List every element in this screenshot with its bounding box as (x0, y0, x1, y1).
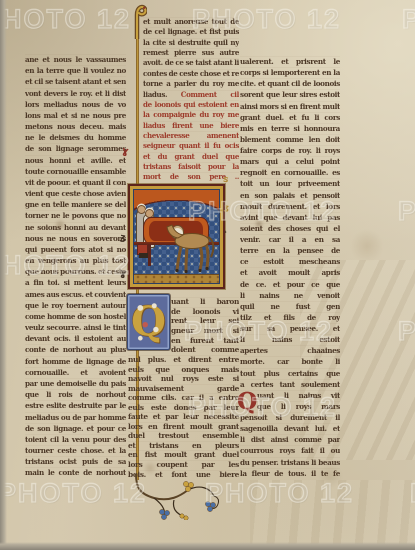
text-line: qui pueent fors atot si no (25, 244, 126, 255)
text-line: avoit. de ce se taist atant li (143, 58, 239, 68)
text-line: seigneur quant il fu ocis (143, 141, 239, 151)
text-line: morte. car bonte li (240, 356, 340, 367)
text-line: ainsi mors si en firent mult (240, 101, 340, 112)
text-line: li nains estoit (240, 334, 340, 345)
text-line: de loonois qui estoient en (143, 100, 239, 110)
text-line: en furent tant (171, 336, 239, 346)
text-line: a fin toi. si mettent leurs (25, 277, 126, 288)
text-line: chevaleresse amenent leur (143, 131, 239, 141)
text-line: euls este dones par leur (128, 403, 239, 413)
text-line: ames aus escus. et couvient (25, 289, 126, 300)
photo-edge-left (0, 0, 7, 550)
ivy-vine-decoration (108, 474, 228, 520)
text-line: vient que ceste chose avien (25, 188, 126, 199)
text-line: li nains ne venoit (240, 290, 340, 301)
text-line: fort homme de lignage de (25, 356, 126, 367)
watermark-text: PHOTO 12 (0, 4, 131, 35)
text-line: courrous roys fait il ou (240, 445, 340, 456)
red-initial-q: Q (237, 390, 254, 413)
text-line: faute et par leur necessite (128, 412, 239, 422)
text-line: mauvaisement garde (128, 384, 239, 394)
text-line: vit de poour. et quant il con (25, 177, 126, 188)
text-line: de son lignage. et pour ce es (25, 423, 126, 434)
text-line: sorent que leur sires estoit (240, 89, 340, 100)
text-line: lons mal et si ne nous pre (25, 110, 126, 121)
text-line: la fleur de tous. il te fe (240, 468, 340, 479)
text-column-right: ualerent. et prisrent lecorps si lemport… (240, 56, 340, 479)
text-line: et avoit moult apris (240, 267, 340, 278)
text-line: meliadus ou de par homme (25, 412, 126, 423)
manuscript-photo: PHOTO 12PHOTO 12PHOTO 12PHOTO 12PHOTO 12… (0, 0, 415, 550)
text-line: contes de ceste chose et re (143, 69, 239, 79)
text-line: apertes chaaines (240, 345, 340, 356)
parchment-wrinkle (250, 480, 415, 550)
text-line: devant ocis. il estoient au (25, 333, 126, 344)
text-segment: liadus. (143, 90, 181, 99)
initial-letter: Q (128, 295, 169, 349)
text-line: quil ne fust gen (240, 301, 340, 312)
text-line: du penser. tristans li beaus (240, 457, 340, 468)
text-line: ne le deismes du homme (25, 132, 126, 143)
text-line: en son palais et pensoit (240, 190, 340, 201)
text-line: nous honni et aville. et (25, 155, 126, 166)
text-line: toient cil la venu pour des (25, 434, 126, 445)
text-line: liadus firent une biere (143, 121, 239, 131)
text-line: veulz secourre. ainsi le tint (25, 322, 126, 333)
text-line: tristans ocist puis de sa (25, 456, 126, 467)
text-line: mis en terre si honnoura (240, 123, 340, 134)
text-line: tourner ceste chose. et la mort (25, 445, 126, 456)
text-line: mars qui a celui point (240, 156, 340, 167)
text-line: sur sa pensee. et (240, 323, 340, 334)
text-line: remest pierre sus autre (143, 48, 239, 58)
text-line: la cite si destruite quil ny (143, 38, 239, 48)
text-line: en vengerons au plus tost (25, 255, 126, 266)
text-line: de cel lignage. et fist puis (143, 27, 239, 37)
text-column-left: ane et nous le vassaumesen la terre que … (25, 54, 126, 479)
text-segment: Comment cil (181, 90, 239, 99)
text-line: regnoit en cornouaille. es (240, 167, 340, 178)
text-line: cite. et quant cil de loonois (240, 78, 340, 89)
text-line: cornouaille. et avoient apris (25, 367, 126, 378)
text-line: estre eslite destruite par le roy (25, 400, 126, 411)
pen-flourish-icon: ɣ (121, 146, 129, 158)
text-line: lors meliadus nous de vo (25, 99, 126, 110)
text-line: de loonois vi (171, 307, 239, 317)
text-line: de son lignage serommes (25, 143, 126, 154)
text-line: euls que onques mais (128, 365, 239, 375)
text-line: gneur mort si (171, 326, 239, 336)
text-line: gne en telle maniere se del (25, 199, 126, 210)
decorated-initial-q: Q (127, 294, 170, 350)
text-line: et tristans en pleurs (128, 441, 239, 451)
text-line: de ce. et pour ce que (240, 279, 340, 290)
pen-flourish-icon: › (223, 228, 227, 236)
pen-flourish-icon: s (222, 175, 229, 186)
text-line: torne a parler du roy me (143, 79, 239, 89)
text-line: que le roy toernent autour (25, 300, 126, 311)
text-line: come homme de son hostel le (25, 311, 126, 322)
text-line: grant duel. et fu li cors (240, 112, 340, 123)
text-line: ualerent. et prisrent le (240, 56, 340, 67)
bier-support (148, 244, 151, 266)
diapered-background (133, 189, 220, 284)
text-line: ce estoit mescheans (240, 256, 340, 267)
text-line: toit un iour priveement (240, 178, 340, 189)
text-line: que nous pourrons. et ceste (25, 266, 126, 277)
parchment-stain (351, 230, 383, 262)
text-line: navoit nul roys este si (128, 374, 239, 384)
text-line: en fist moult grant duel (128, 450, 239, 460)
text-line: tilz et fils de roy (240, 312, 340, 323)
watermark-text: PHOTO 12 (398, 196, 415, 227)
text-line: sagenoilla devant lui. et (240, 423, 340, 434)
text-line: terre en la pensee de (240, 245, 340, 256)
text-line: corps si lemporterent en la (240, 67, 340, 78)
text-line: comme cils. car il a entre (128, 393, 239, 403)
text-line: rent leur sei (171, 316, 239, 326)
pen-flourish-icon: ɣ (119, 268, 127, 280)
text-line: faire corps de roy. li roys (240, 145, 340, 156)
text-line: tristans faisoit pour la (143, 162, 239, 172)
gold-ground-strip (134, 274, 219, 283)
text-line: uant li baron (171, 297, 239, 307)
text-line: metons nous deceu. mais (25, 121, 126, 132)
text-line: toute cornouaille ensamble (25, 166, 126, 177)
text-line: tout plus certains que (240, 368, 340, 379)
text-line: dolent comme (171, 345, 239, 355)
text-column-middle-top: et mult anoreuse tout dede cel lignage. … (143, 17, 239, 183)
text-line: liadus. Comment cil (143, 90, 239, 100)
text-line: li dist ainsi comme par (240, 434, 340, 445)
text-line: ane et nous le vassaumes (25, 54, 126, 65)
text-line: nous ne nous en soverons (25, 233, 126, 244)
text-line: blement comme len doit (240, 134, 340, 145)
photo-edge-bottom (0, 542, 415, 550)
text-line: duel trestout ensemble (128, 431, 239, 441)
text-line: vont devers le roy. et li dist (25, 88, 126, 99)
text-line: lors en firent moult grant (128, 422, 239, 432)
text-line: ne soions honni au devant (25, 222, 126, 233)
text-line: nul plus. et dirent entre (128, 355, 239, 365)
text-line: par une demoiselle du pais (25, 378, 126, 389)
text-line: conte de norhout au plus (25, 344, 126, 355)
text-line: que li rois de norhout devoit (25, 389, 126, 400)
text-line: lors coupent par les (128, 460, 239, 470)
watermark-text: PHOTO 12 (402, 4, 415, 35)
text-line: et mult anoreuse tout de (143, 17, 239, 27)
text-line: en la terre que li voulez no (25, 65, 126, 76)
text-line: torner ne le povons que no (25, 210, 126, 221)
text-line: avint que devant lui pas (240, 212, 340, 223)
text-column-middle-lower: nul plus. et dirent entreeuls que onques… (128, 355, 239, 479)
text-line: et cil se taisent atant et sen (25, 76, 126, 87)
text-column-middle-beside-initial: uant li baronde loonois virent leur seig… (171, 297, 239, 355)
horse-icon (162, 224, 218, 276)
text-line: et du grant duel que (143, 152, 239, 162)
text-line: venir. car il a en sa (240, 234, 340, 245)
text-line: la compaignie du roy me (143, 110, 239, 120)
miniature-funeral-scene (128, 184, 225, 289)
text-line: moult durement. et lors (240, 201, 340, 212)
pen-flourish-icon: ʒ (223, 203, 230, 213)
text-line: soient des choses qui el (240, 223, 340, 234)
